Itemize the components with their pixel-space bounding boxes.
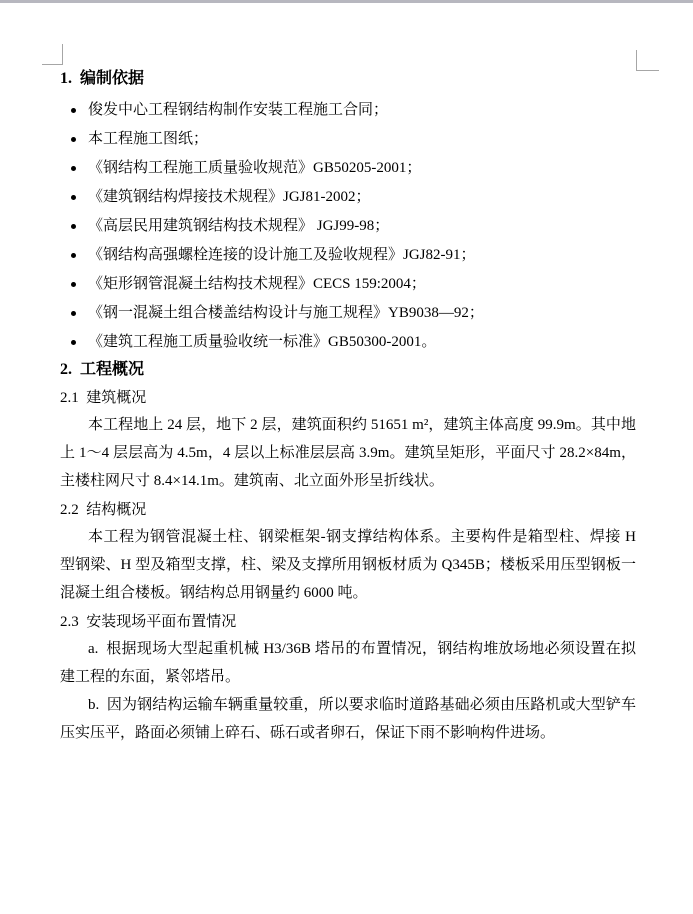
list-item-text: 《钢结构高强螺栓连接的设计施工及验收规程》JGJ82-91； [88, 247, 476, 263]
section-2-2-heading: 2.2 结构概况 [60, 497, 636, 523]
list-item: 本工程施工图纸； [60, 125, 636, 154]
bullet-icon [71, 282, 76, 287]
structure-overview-paragraph: 本工程为钢管混凝土柱、钢梁框架-钢支撑结构体系。主要构件是箱型柱、焊接 H 型钢… [60, 523, 636, 607]
building-overview-paragraph: 本工程地上 24 层，地下 2 层，建筑面积约 51651 m²，建筑主体高度 … [60, 411, 636, 495]
list-item-text: 《矩形钢管混凝土结构技术规程》CECS 159:2004； [88, 276, 426, 292]
section-2-heading: 2. 工程概况 [60, 359, 636, 381]
list-item: 《建筑钢结构焊接技术规程》JGJ81-2002； [60, 183, 636, 212]
list-item: 《钢结构高强螺栓连接的设计施工及验收规程》JGJ82-91； [60, 241, 636, 270]
list-item: 《钢一混凝土组合楼盖结构设计与施工规程》YB9038—92； [60, 299, 636, 328]
bullet-icon [71, 108, 76, 113]
document-content: 1. 编制依据 俊发中心工程钢结构制作安装工程施工合同； 本工程施工图纸； 《钢… [60, 68, 636, 747]
section-2-3-heading: 2.3 安装现场平面布置情况 [60, 609, 636, 635]
list-item: 《矩形钢管混凝土结构技术规程》CECS 159:2004； [60, 270, 636, 299]
reference-list: 俊发中心工程钢结构制作安装工程施工合同； 本工程施工图纸； 《钢结构工程施工质量… [60, 96, 636, 357]
bullet-icon [71, 224, 76, 229]
site-layout-paragraph-b: b. 因为钢结构运输车辆重量较重，所以要求临时道路基础必须由压路机或大型铲车压实… [60, 691, 636, 747]
list-item: 俊发中心工程钢结构制作安装工程施工合同； [60, 96, 636, 125]
bullet-icon [71, 166, 76, 171]
list-item-text: 《高层民用建筑钢结构技术规程》 JGJ99-98； [88, 218, 389, 234]
list-item-text: 本工程施工图纸； [88, 131, 208, 147]
window-top-border [0, 0, 693, 3]
list-item-text: 《钢一混凝土组合楼盖结构设计与施工规程》YB9038—92； [88, 305, 484, 321]
bullet-icon [71, 195, 76, 200]
bullet-icon [71, 311, 76, 316]
section-1-heading: 1. 编制依据 [60, 68, 636, 90]
list-item: 《建筑工程施工质量验收统一标准》GB50300-2001。 [60, 328, 636, 357]
list-item: 《钢结构工程施工质量验收规范》GB50205-2001； [60, 154, 636, 183]
bullet-icon [71, 253, 76, 258]
bullet-icon [71, 340, 76, 345]
site-layout-paragraph-a: a. 根据现场大型起重机械 H3/36B 塔吊的布置情况，钢结构堆放场地必须设置… [60, 635, 636, 691]
bullet-icon [71, 137, 76, 142]
page-margin-mark-top-right-icon [636, 50, 659, 71]
list-item-text: 《建筑钢结构焊接技术规程》JGJ81-2002； [88, 189, 371, 205]
page-margin-mark-top-left-icon [42, 44, 63, 65]
section-2-1-heading: 2.1 建筑概况 [60, 385, 636, 411]
list-item-text: 俊发中心工程钢结构制作安装工程施工合同； [88, 102, 388, 118]
document-page: 1. 编制依据 俊发中心工程钢结构制作安装工程施工合同； 本工程施工图纸； 《钢… [0, 0, 693, 914]
list-item-text: 《建筑工程施工质量验收统一标准》GB50300-2001。 [88, 334, 436, 350]
list-item: 《高层民用建筑钢结构技术规程》 JGJ99-98； [60, 212, 636, 241]
list-item-text: 《钢结构工程施工质量验收规范》GB50205-2001； [88, 160, 421, 176]
